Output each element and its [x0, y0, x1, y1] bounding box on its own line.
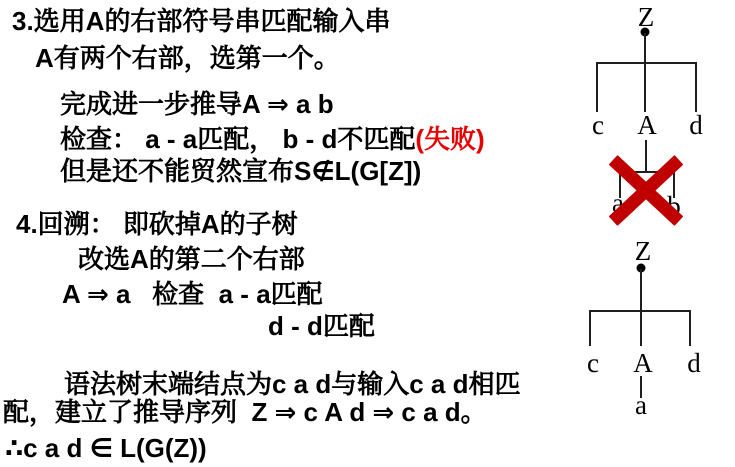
- step3-check-text: 检查： a - a匹配， b - d不匹配: [60, 124, 415, 154]
- conclusion-line3: ∴c a d ∈ L(G(Z)): [5, 433, 207, 463]
- tree2-leaf-d: d: [672, 346, 716, 380]
- step3-caution: 但是还不能贸然宣布S∉L(G[Z]): [60, 156, 421, 186]
- tree1-trunk-edge: [644, 33, 646, 63]
- step4-line4: d - d匹配: [268, 311, 375, 341]
- step3-check-line: 检查： a - a匹配， b - d不匹配(失败): [60, 124, 485, 154]
- tree2-edge-d: [689, 310, 691, 346]
- tree2-leaf-c: c: [571, 346, 615, 380]
- conclusion-line2: 配，建立了推导序列 Z ⇒ c A d ⇒ c a d。: [3, 397, 487, 427]
- step3-subheading: A有两个右部，选第一个。: [35, 43, 340, 73]
- tree2-edge-c: [589, 310, 591, 346]
- tree2-edge-a: [640, 310, 642, 346]
- tree1-crossbar: [597, 62, 697, 64]
- step4-heading: 4.回溯： 即砍掉A的子树: [16, 209, 298, 239]
- tree2-root-label: Z: [621, 234, 665, 268]
- tree1-leaf-d: d: [674, 108, 718, 142]
- tree2-trunk-edge: [640, 269, 642, 311]
- tree2-node-a-upper: A: [621, 346, 665, 380]
- slide: 3.选用A的右部符号串匹配输入串 A有两个右部，选第一个。 完成进一步推导A ⇒…: [0, 0, 735, 467]
- step4-line2: 改选A的第二个右部: [78, 244, 305, 274]
- tree1-edge-c: [596, 62, 598, 112]
- tree1-edge-a: [644, 62, 646, 112]
- tree1-edge-d: [695, 62, 697, 112]
- conclusion-line1: 语法树末端结点为c a d与输入c a d相匹: [64, 369, 521, 399]
- tree1-node-a-upper: A: [625, 108, 669, 142]
- step3-heading: 3.选用A的右部符号串匹配输入串: [12, 6, 390, 36]
- step3-derivation: 完成进一步推导A ⇒ a b: [60, 89, 334, 119]
- tree1-leaf-c: c: [576, 108, 620, 142]
- step4-line3: A ⇒ a 检查 a - a匹配: [62, 279, 323, 309]
- tree2-leaf-a: a: [619, 388, 663, 422]
- step3-check-fail-text: (失败): [415, 124, 484, 154]
- tree1-subtree-trunk: [645, 140, 647, 172]
